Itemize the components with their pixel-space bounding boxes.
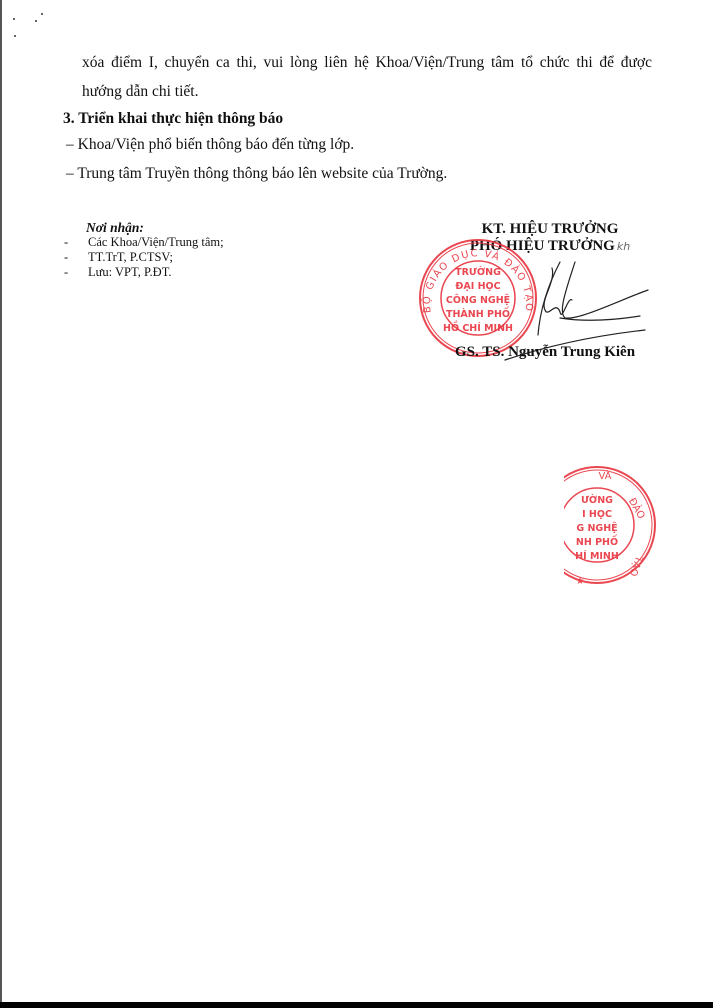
svg-text:TẠO: TẠO: [627, 553, 645, 577]
recipient-item: -TT.TrT, P.CTSV;: [62, 250, 224, 265]
paragraph-line-1: xóa điểm I, chuyển ca thi, vui lòng liên…: [82, 54, 652, 72]
scan-left-edge: [0, 0, 2, 1002]
svg-text:HÍ MINH: HÍ MINH: [575, 550, 619, 562]
scan-bottom-border: [0, 1002, 713, 1008]
scan-speck: [41, 13, 43, 15]
recipient-item: -Các Khoa/Viện/Trung tâm;: [62, 235, 224, 250]
svg-text:ƯỜNG: ƯỜNG: [581, 494, 613, 506]
recipients-title: Nơi nhận:: [86, 220, 224, 235]
scan-speck: [13, 18, 15, 20]
svg-text:NH PHỐ: NH PHỐ: [576, 535, 618, 548]
svg-text:BỘ GIÁO DỤC VÀ ĐÀO TẠO: BỘ GIÁO DỤC VÀ ĐÀO TẠO: [420, 248, 534, 313]
svg-text:TRƯỜNG: TRƯỜNG: [455, 266, 501, 278]
svg-text:G NGHỆ: G NGHỆ: [576, 523, 617, 534]
svg-text:THÀNH PHỐ: THÀNH PHỐ: [446, 307, 510, 320]
svg-text:HỒ CHÍ MINH: HỒ CHÍ MINH: [443, 321, 513, 334]
recipient-item: -Lưu: VPT, P.ĐT.: [62, 265, 224, 280]
scan-speck: [14, 35, 16, 37]
scan-speck: [35, 20, 37, 22]
svg-text:★: ★: [576, 576, 585, 587]
signature-block: KT. HIỆU TRƯỞNG PHÓ HIỆU TRƯỞNGkh: [440, 221, 660, 255]
svg-text:CÔNG NGHỆ: CÔNG NGHỆ: [446, 294, 510, 306]
bullet-item: – Khoa/Viện phổ biến thông báo đến từng …: [66, 136, 354, 154]
signature-title-2: PHÓ HIỆU TRƯỞNGkh: [440, 238, 660, 255]
initials: kh: [617, 240, 630, 253]
svg-text:I HỌC: I HỌC: [582, 509, 612, 520]
svg-text:ĐÀO: ĐÀO: [626, 495, 648, 521]
svg-text:ĐẠI HỌC: ĐẠI HỌC: [455, 281, 500, 292]
svg-text:VÀ: VÀ: [598, 469, 611, 482]
bullet-item: – Trung tâm Truyền thông thông báo lên w…: [66, 165, 447, 183]
paragraph-line-2: hướng dẫn chi tiết.: [82, 83, 198, 101]
signer-name: GS. TS. Nguyễn Trung Kiên: [455, 344, 635, 361]
signature-title-1: KT. HIỆU TRƯỞNG: [440, 221, 660, 238]
recipients-block: Nơi nhận: -Các Khoa/Viện/Trung tâm; -TT.…: [62, 220, 224, 280]
section-heading: 3. Triển khai thực hiện thông báo: [63, 110, 283, 128]
